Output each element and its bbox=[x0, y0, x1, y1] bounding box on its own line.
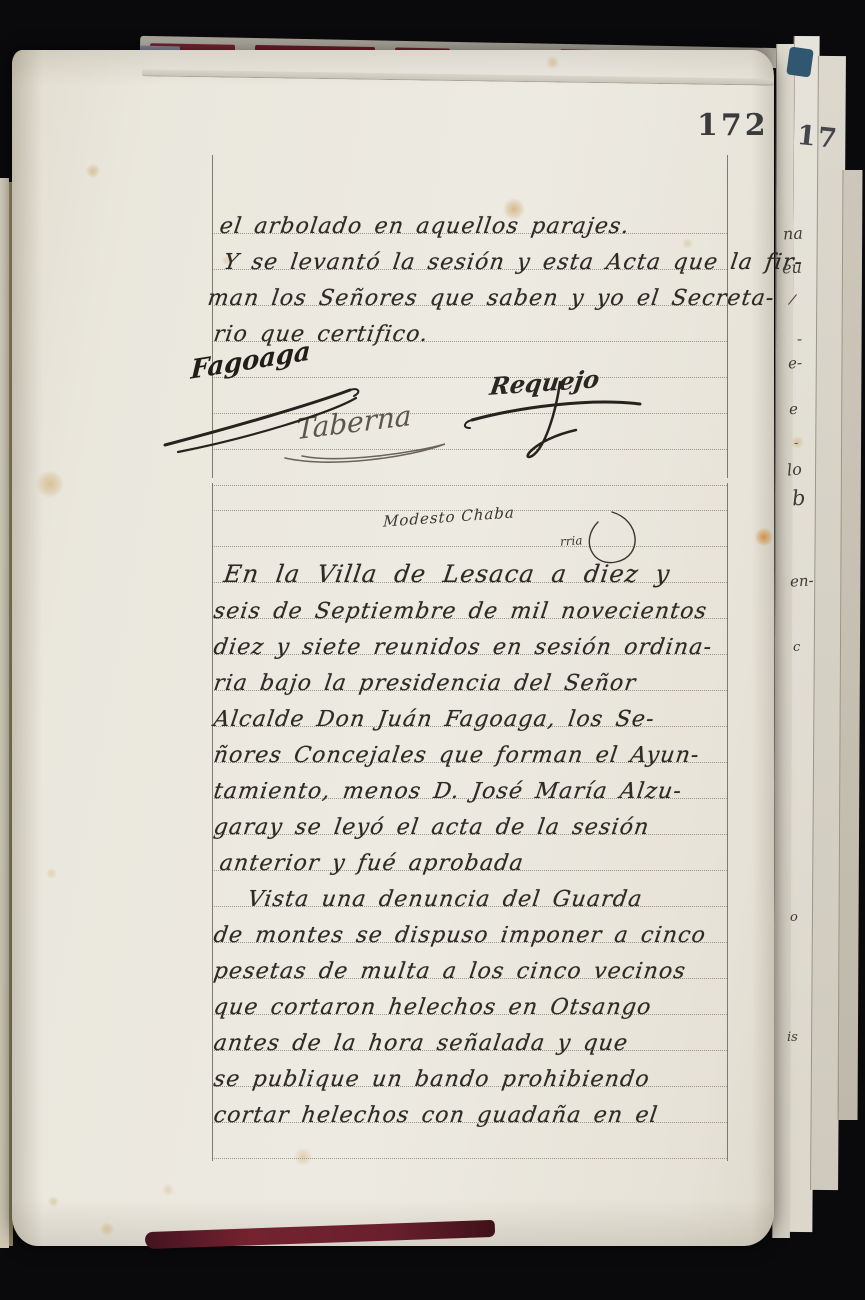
edge-text-fragment: eu bbox=[782, 258, 802, 278]
ruled-line bbox=[212, 1123, 727, 1159]
page-number: 172 bbox=[697, 108, 769, 143]
ruled-line: garay se leyó el acta de la sesión bbox=[212, 799, 727, 835]
ruled-line: que cortaron helechos en Otsango bbox=[212, 979, 727, 1015]
ruled-line: ria bajo la presidencia del Señor bbox=[212, 655, 727, 691]
ruled-line: seis de Septiembre de mil novecientos bbox=[212, 583, 727, 619]
edge-text-fragment: e- bbox=[787, 354, 802, 373]
edge-text-fragment: - bbox=[794, 436, 798, 451]
adjacent-page-number: 17 bbox=[795, 120, 840, 155]
page-top-fold bbox=[142, 69, 774, 85]
edge-text-fragment: en- bbox=[790, 571, 815, 590]
ruled-line: antes de la hora señalada y que bbox=[212, 1015, 727, 1051]
ruled-line: pesetas de multa a los cinco vecinos bbox=[212, 943, 727, 979]
binding-tape-mark bbox=[786, 46, 814, 77]
ruled-line: diez y siete reunidos en sesión ordina- bbox=[212, 619, 727, 655]
margin-line-right bbox=[727, 483, 728, 1161]
edge-text-fragment: c bbox=[793, 640, 800, 655]
ruled-line: anterior y fué aprobada bbox=[212, 835, 727, 871]
margin-annotation: rria bbox=[560, 533, 583, 549]
ruled-line: En la Villa de Lesaca a diez y bbox=[212, 547, 727, 583]
ruled-line: Alcalde Don Juán Fagoaga, los Se- bbox=[212, 691, 727, 727]
ruled-line: de montes se dispuso imponer a cinco bbox=[212, 907, 727, 943]
manuscript-photo: 172 17 el arbolado en aquellos parajes. … bbox=[0, 0, 865, 1300]
gutter-page-edge bbox=[0, 178, 9, 1248]
edge-text-fragment: o bbox=[790, 910, 798, 925]
ruled-line: Y se levantó la sesión y esta Acta que l… bbox=[212, 234, 727, 270]
ruled-line: ñores Concejales que forman el Ayun- bbox=[212, 727, 727, 763]
ruled-line: Vista una denuncia del Guarda bbox=[212, 871, 727, 907]
ruled-line: se publique un bando prohibiendo bbox=[212, 1051, 727, 1087]
edge-text-fragment: - bbox=[797, 330, 802, 348]
ruled-line: rio que certifico. bbox=[212, 306, 727, 342]
edge-text-fragment: b bbox=[791, 486, 806, 511]
ruled-line: cortar helechos con guadaña en el bbox=[212, 1087, 727, 1123]
act-body-block: En la Villa de Lesaca a diez y seis de S… bbox=[212, 475, 727, 1159]
edge-text-fragment: na bbox=[783, 223, 804, 243]
margin-line-right bbox=[727, 155, 728, 478]
edge-text-fragment: is bbox=[787, 1030, 798, 1045]
edge-text-fragment: lo bbox=[786, 459, 802, 479]
next-page-edge bbox=[838, 170, 863, 1120]
ruled-line bbox=[212, 378, 727, 414]
ruled-line: man los Señores que saben y yo el Secret… bbox=[212, 270, 727, 306]
ruled-line: el arbolado en aquellos parajes. bbox=[212, 198, 727, 234]
ruled-line: tamiento, menos D. José María Alzu- bbox=[212, 763, 727, 799]
edge-text-fragment: e bbox=[789, 400, 799, 418]
ruled-line bbox=[212, 414, 727, 450]
